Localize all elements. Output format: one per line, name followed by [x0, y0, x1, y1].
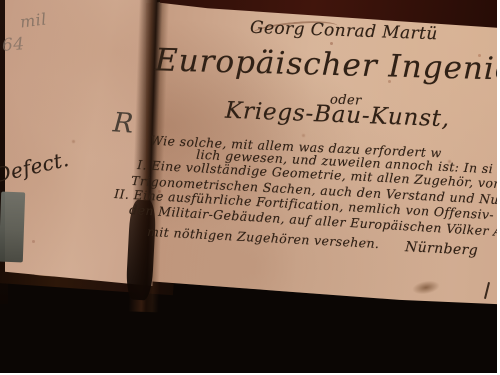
ink-letter-r: R	[112, 107, 135, 139]
grey-repair-patch	[0, 192, 25, 263]
screenshot-frame: mil 64 R Defect. Georg Conrad Martü Euro…	[0, 0, 500, 375]
foxing-stains	[330, 42, 333, 45]
manuscript-photo: mil 64 R Defect. Georg Conrad Martü Euro…	[0, 0, 497, 373]
pencil-note: mil	[19, 9, 48, 31]
pencil-number: 64	[1, 34, 25, 56]
